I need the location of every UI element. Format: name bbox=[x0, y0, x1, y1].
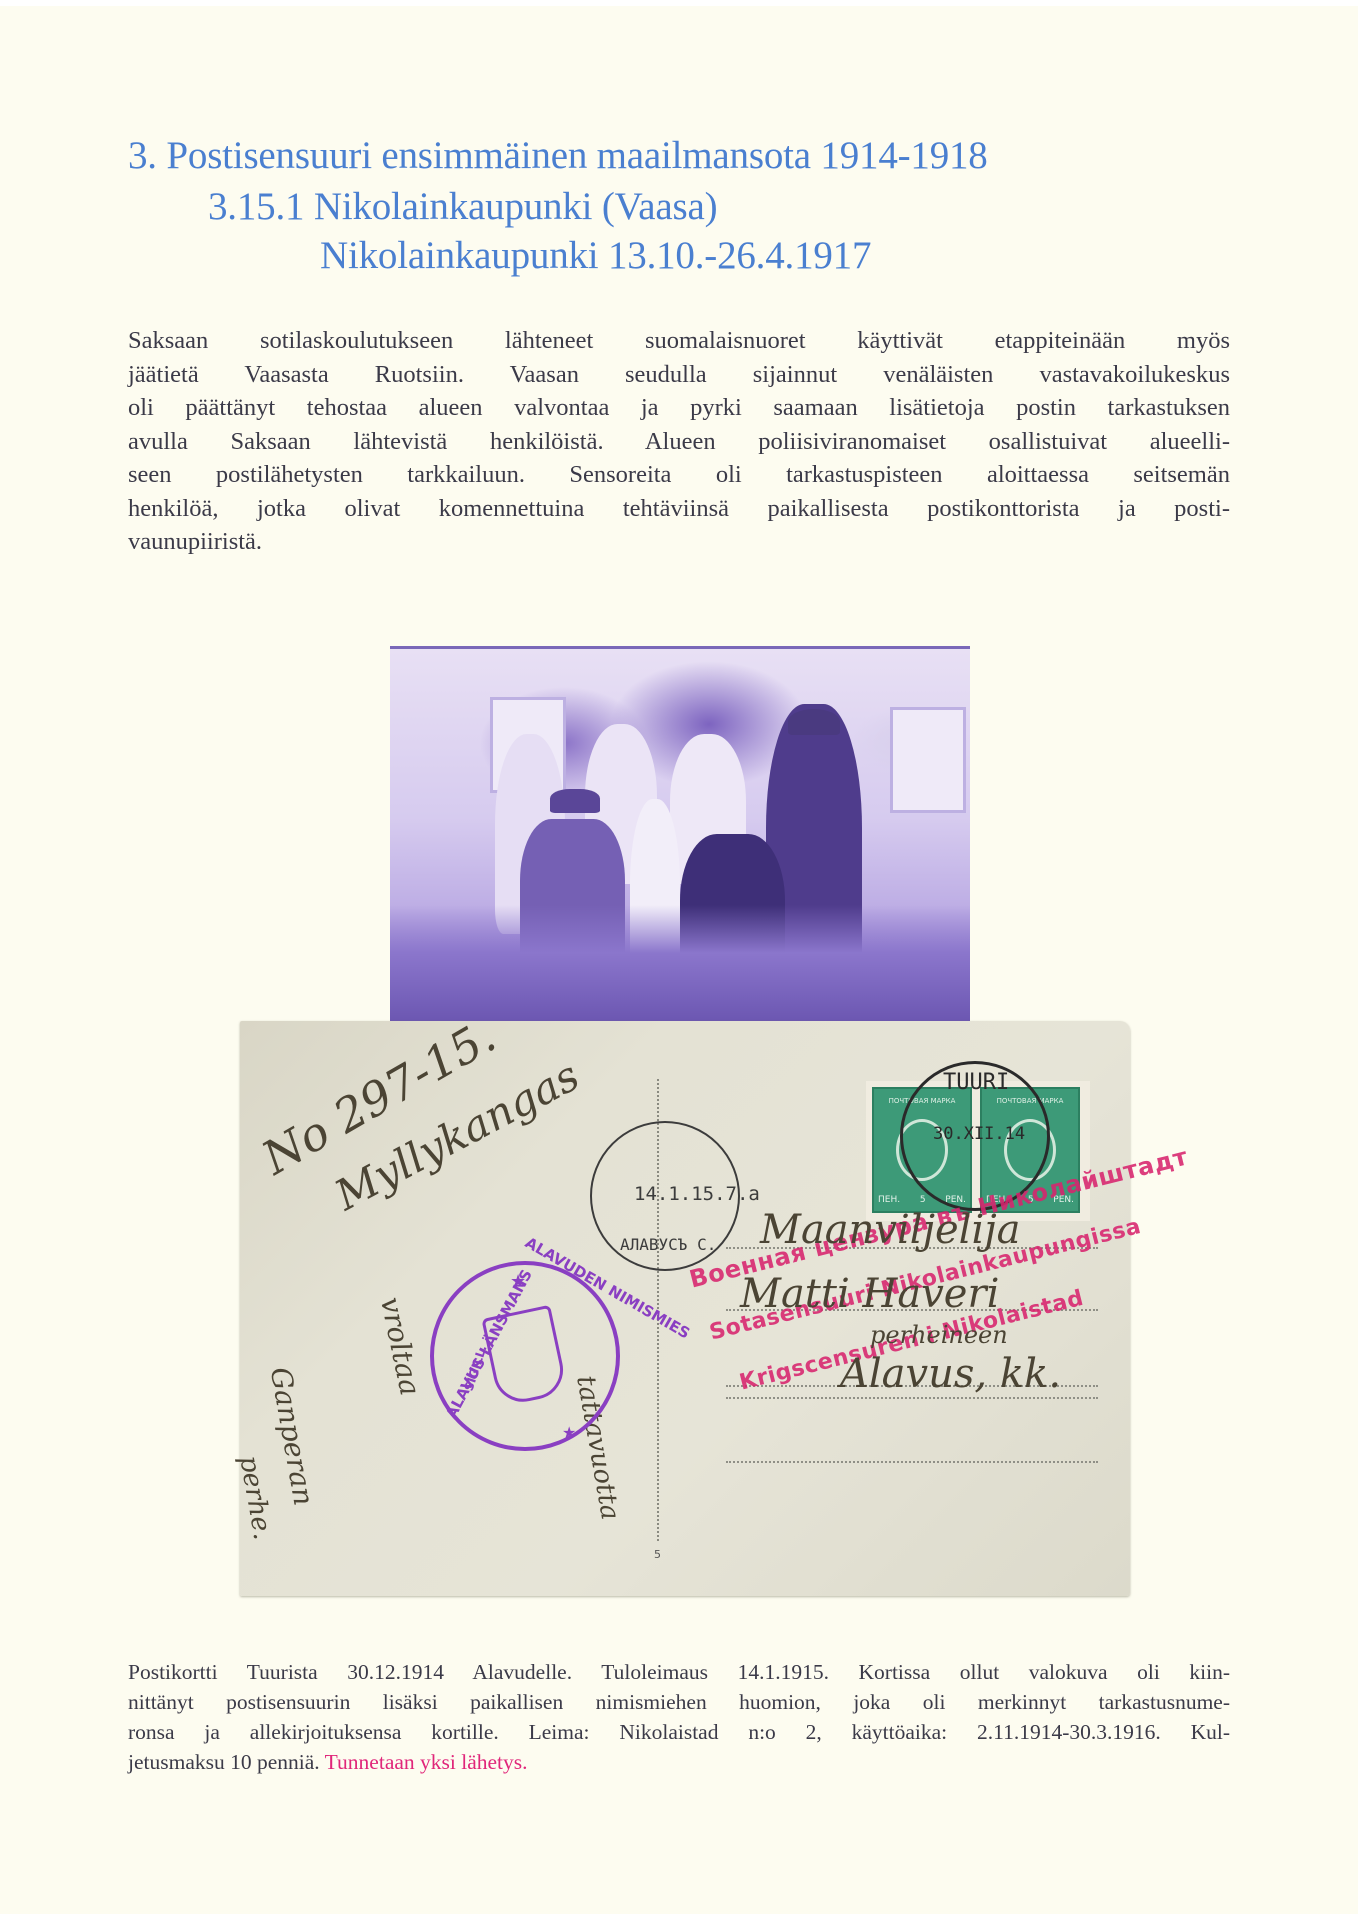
caption-line: nittänyt postisensuurin lisäksi paikalli… bbox=[128, 1687, 1230, 1717]
intro-line: oli päättänyt tehostaa alueen valvontaa … bbox=[128, 391, 1230, 425]
stamp-label: ПЕН. bbox=[878, 1195, 900, 1205]
house-window bbox=[890, 707, 966, 813]
postmark-place: TUURI bbox=[943, 1070, 1009, 1095]
caption-text: jetusmaksu 10 penniä. bbox=[128, 1750, 325, 1774]
official-seal: ALAVUDEN NIMISMIES ALAVUS LÄNSMANS SIGIL… bbox=[430, 1261, 620, 1451]
caption-line: jetusmaksu 10 penniä. Tunnetaan yksi läh… bbox=[128, 1747, 1230, 1777]
caption-line: Postikortti Tuurista 30.12.1914 Alavudel… bbox=[128, 1657, 1230, 1687]
intro-line: henkilöä, jotka olivat komennettuina teh… bbox=[128, 492, 1230, 526]
intro-line: jäätietä Vaasasta Ruotsiin. Vaasan seudu… bbox=[128, 358, 1230, 392]
caption-line: ronsa ja allekirjoituksensa kortille. Le… bbox=[128, 1717, 1230, 1747]
postcard-caption: Postikortti Tuurista 30.12.1914 Alavudel… bbox=[128, 1657, 1230, 1777]
intro-line: vaunupiiristä. bbox=[128, 525, 1230, 559]
addressee-family: perheineen bbox=[870, 1321, 1008, 1349]
postmark-date: 30.XII.14 bbox=[933, 1124, 1025, 1144]
rarity-note: Tunnetaan yksi lähetys. bbox=[325, 1750, 528, 1774]
address-line bbox=[726, 1461, 1098, 1463]
subsection-heading: 3.15.1 Nikolainkaupunki (Vaasa) bbox=[208, 187, 717, 226]
intro-line: Saksaan sotilaskoulutukseen lähteneet su… bbox=[128, 324, 1230, 358]
addressee-name: Matti Haveri bbox=[740, 1271, 999, 1317]
handwritten-text: Ganperan bbox=[264, 1365, 321, 1508]
handwritten-text: vroltaa bbox=[374, 1294, 427, 1398]
star-icon: ★ bbox=[510, 1271, 526, 1292]
postcard: No 297-15. Myllykangas Ganperan perhe. v… bbox=[240, 1021, 1130, 1596]
addressee-occupation: Maanviljelija bbox=[760, 1207, 1021, 1253]
star-icon: ★ bbox=[562, 1423, 576, 1443]
intro-line: avulla Saksaan lähtevistä henkilöistä. A… bbox=[128, 425, 1230, 459]
postmark-date: 14.1.15.7.a bbox=[634, 1183, 760, 1205]
intro-paragraph: Saksaan sotilaskoulutukseen lähteneet su… bbox=[128, 324, 1230, 559]
exhibit-page: 3. Postisensuuri ensimmäinen maailmansot… bbox=[0, 6, 1358, 1914]
stamp-value: 5 bbox=[920, 1195, 926, 1205]
handwritten-text: perhe. bbox=[233, 1453, 277, 1542]
section-heading: 3. Postisensuuri ensimmäinen maailmansot… bbox=[128, 136, 988, 175]
hedge bbox=[390, 905, 970, 1025]
postmark-place: АЛАВУСЪ С. bbox=[620, 1235, 716, 1254]
cap bbox=[550, 789, 600, 813]
period-heading: Nikolainkaupunki 13.10.-26.4.1917 bbox=[320, 236, 871, 275]
intro-line: seen postilähetysten tarkkailuun. Sensor… bbox=[128, 458, 1230, 492]
hat bbox=[788, 709, 840, 735]
printer-mark: 5 bbox=[654, 1548, 661, 1561]
arrival-postmark: 14.1.15.7.a АЛАВУСЪ С. bbox=[590, 1121, 740, 1271]
address-line bbox=[726, 1397, 1098, 1399]
family-photograph bbox=[390, 646, 970, 1025]
destination: Alavus, kk. bbox=[840, 1351, 1061, 1397]
